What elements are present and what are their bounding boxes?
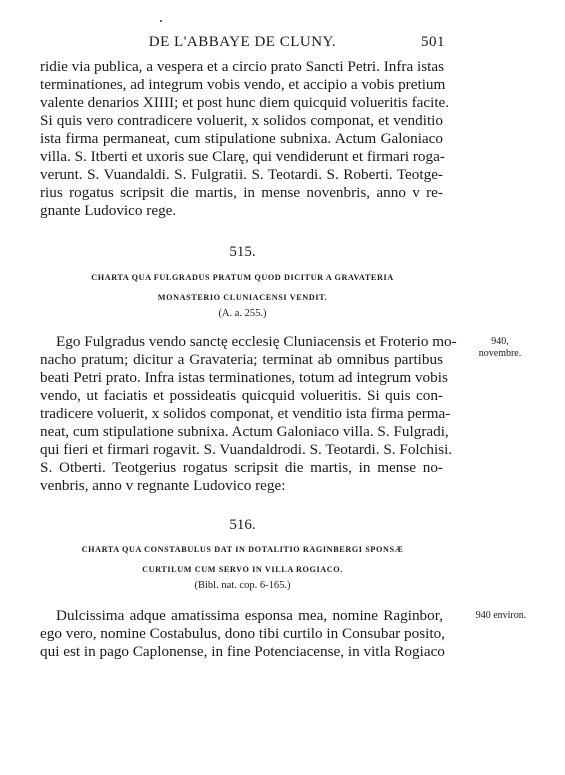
charter-title-line: CURTILUM CUM SERVO IN VILLA ROGIACO. bbox=[40, 560, 445, 580]
text-line: neat, cum stipulatione subnixa. Actum Ga… bbox=[40, 423, 443, 441]
scan-speck bbox=[160, 20, 162, 22]
text-line: ridie via publica, a vespera et a circio… bbox=[40, 58, 443, 76]
margin-date-line: 940 environ. bbox=[446, 610, 556, 622]
margin-date-516: 940 environ. bbox=[446, 610, 556, 622]
charter-source-515: (A. a. 255.) bbox=[40, 308, 445, 319]
text-line: tradicere voluerit, x solidos componat, … bbox=[40, 405, 443, 423]
charter-text-516: Dulcissima adque amatissima esponsa mea,… bbox=[40, 607, 443, 661]
text-line: nacho pratum; dicitur a Gravateria; term… bbox=[40, 351, 443, 369]
text-line: villa. S. Itberti et uxoris sue Clarę, q… bbox=[40, 148, 443, 166]
text-line: Si quis vero contradicere voluerit, x so… bbox=[40, 112, 443, 130]
text-line: gnante Ludovico rege. bbox=[40, 202, 443, 220]
charter-title-line: CHARTA QUA CONSTABULUS DAT IN DOTALITIO … bbox=[40, 540, 445, 560]
text-line: rius rogatus scripsit die martis, in men… bbox=[40, 184, 443, 202]
charter-source-516: (Bibl. nat. cop. 6-165.) bbox=[40, 580, 445, 591]
charter-title-line: MONASTERIO CLUNIACENSI VENDIT. bbox=[40, 288, 445, 308]
text-line: beati Petri prato. Infra istas terminati… bbox=[40, 369, 443, 387]
charter-number-516: 516. bbox=[40, 517, 445, 534]
charter-text-515: Ego Fulgradus vendo sanctę ecclesię Clun… bbox=[40, 333, 443, 495]
text-line: ista firma permaneat, cum stipulatione s… bbox=[40, 130, 443, 148]
text-line: venbris, anno v regnante Ludovico rege: bbox=[40, 477, 443, 495]
text-line: Ego Fulgradus vendo sanctę ecclesię Clun… bbox=[40, 333, 443, 351]
text-line: qui est in pago Caplonense, in fine Pote… bbox=[40, 643, 443, 661]
continuation-text: ridie via publica, a vespera et a circio… bbox=[40, 58, 443, 220]
text-line: verunt. S. Vuandaldi. S. Fulgratii. S. T… bbox=[40, 166, 443, 184]
text-line: Dulcissima adque amatissima esponsa mea,… bbox=[40, 607, 443, 625]
running-title: DE L'ABBAYE DE CLUNY. bbox=[40, 34, 445, 51]
text-line: S. Otberti. Teotgerius rogatus scripsit … bbox=[40, 459, 443, 477]
margin-date-line: novembre. bbox=[450, 348, 550, 360]
text-line: qui fieri et firmari rogavit. S. Vuandal… bbox=[40, 441, 443, 459]
charter-number-515: 515. bbox=[40, 244, 445, 261]
text-line: terminationes, ad integrum vobis vendo, … bbox=[40, 76, 443, 94]
document-page: DE L'ABBAYE DE CLUNY. 501 ridie via publ… bbox=[0, 0, 565, 775]
charter-title-516: CHARTA QUA CONSTABULUS DAT IN DOTALITIO … bbox=[40, 540, 445, 580]
charter-title-515: CHARTA QUA FULGRADUS PRATUM QUOD DICITUR… bbox=[40, 268, 445, 308]
text-line: vendo, ut faciatis et possideatis quicqu… bbox=[40, 387, 443, 405]
charter-title-line: CHARTA QUA FULGRADUS PRATUM QUOD DICITUR… bbox=[40, 268, 445, 288]
margin-date-line: 940, bbox=[450, 336, 550, 348]
page-number: 501 bbox=[421, 34, 445, 51]
margin-date-515: 940, novembre. bbox=[450, 336, 550, 360]
text-line: ego vero, nomine Costabulus, dono tibi c… bbox=[40, 625, 443, 643]
text-line: valente denarios XIIII; et post hunc die… bbox=[40, 94, 443, 112]
running-head: DE L'ABBAYE DE CLUNY. 501 bbox=[40, 34, 445, 54]
